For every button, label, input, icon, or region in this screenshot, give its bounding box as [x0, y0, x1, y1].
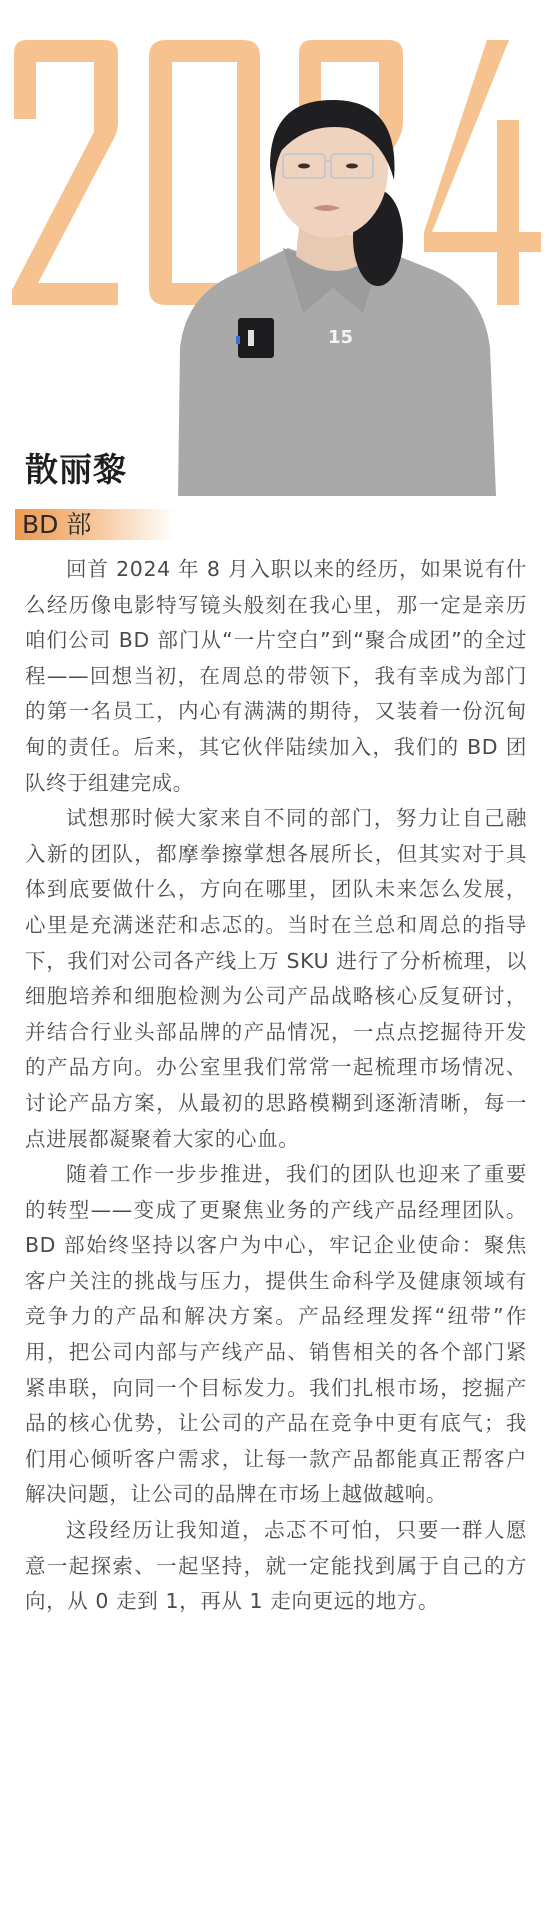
article-paragraph-2: 试想那时候大家来自不同的部门，努力让自己融入新的团队，都摩拳擦掌想各展所长，但其…: [25, 801, 527, 1157]
person-name: 散丽黎: [25, 450, 127, 490]
shirt-logo: 15: [328, 327, 353, 348]
hero-header: 15 散丽黎 BD 部: [0, 0, 549, 500]
article-paragraph-4: 这段经历让我知道，忐忑不可怕，只要一群人愿意一起探索、一起坚持，就一定能找到属于…: [25, 1513, 527, 1620]
department-label: BD 部: [22, 510, 91, 540]
article-body: 回首 2024 年 8 月入职以来的经历，如果说有什么经历像电影特写镜头般刻在我…: [25, 552, 527, 1620]
article-paragraph-3: 随着工作一步步推进，我们的团队也迎来了重要的转型——变成了更聚焦业务的产线产品经…: [25, 1157, 527, 1513]
portrait-photo: 15: [178, 98, 496, 496]
article-paragraph-1: 回首 2024 年 8 月入职以来的经历，如果说有什么经历像电影特写镜头般刻在我…: [25, 552, 527, 801]
